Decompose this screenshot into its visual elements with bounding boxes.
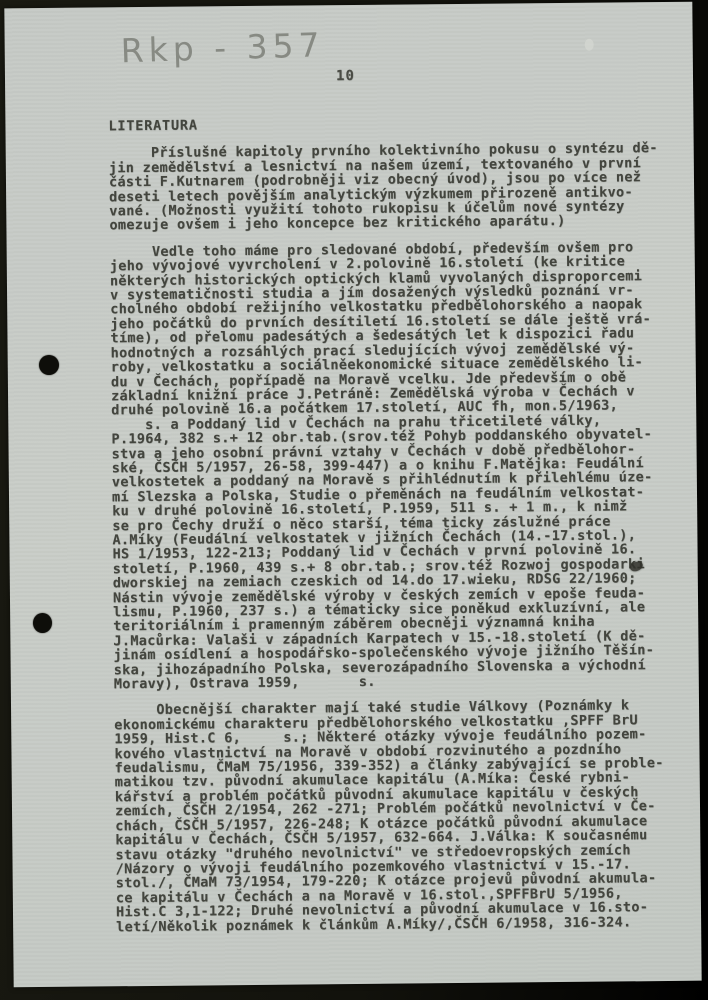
document-body: LITERATURA Příslušné kapitoly prvního ko…: [108, 114, 676, 946]
hole-punch-top: [39, 355, 59, 375]
scanned-page: Rkp - 357 10 LITERATURA Příslušné kapito…: [4, 2, 701, 988]
page-number: 10: [336, 68, 355, 84]
paper-speck: [585, 39, 594, 51]
paragraph-2: Vedle toho máme pro sledované období, př…: [110, 240, 674, 692]
scan-background: Rkp - 357 10 LITERATURA Příslušné kapito…: [0, 0, 708, 1000]
hole-punch-bottom: [33, 613, 52, 633]
section-heading: LITERATURA: [108, 114, 668, 134]
paragraph-3: Obecnější charakter mají také studie Vál…: [114, 698, 676, 934]
paragraph-1: Příslušné kapitoly prvního kolektivního …: [109, 141, 670, 233]
handwritten-annotation: Rkp - 357: [120, 25, 325, 70]
